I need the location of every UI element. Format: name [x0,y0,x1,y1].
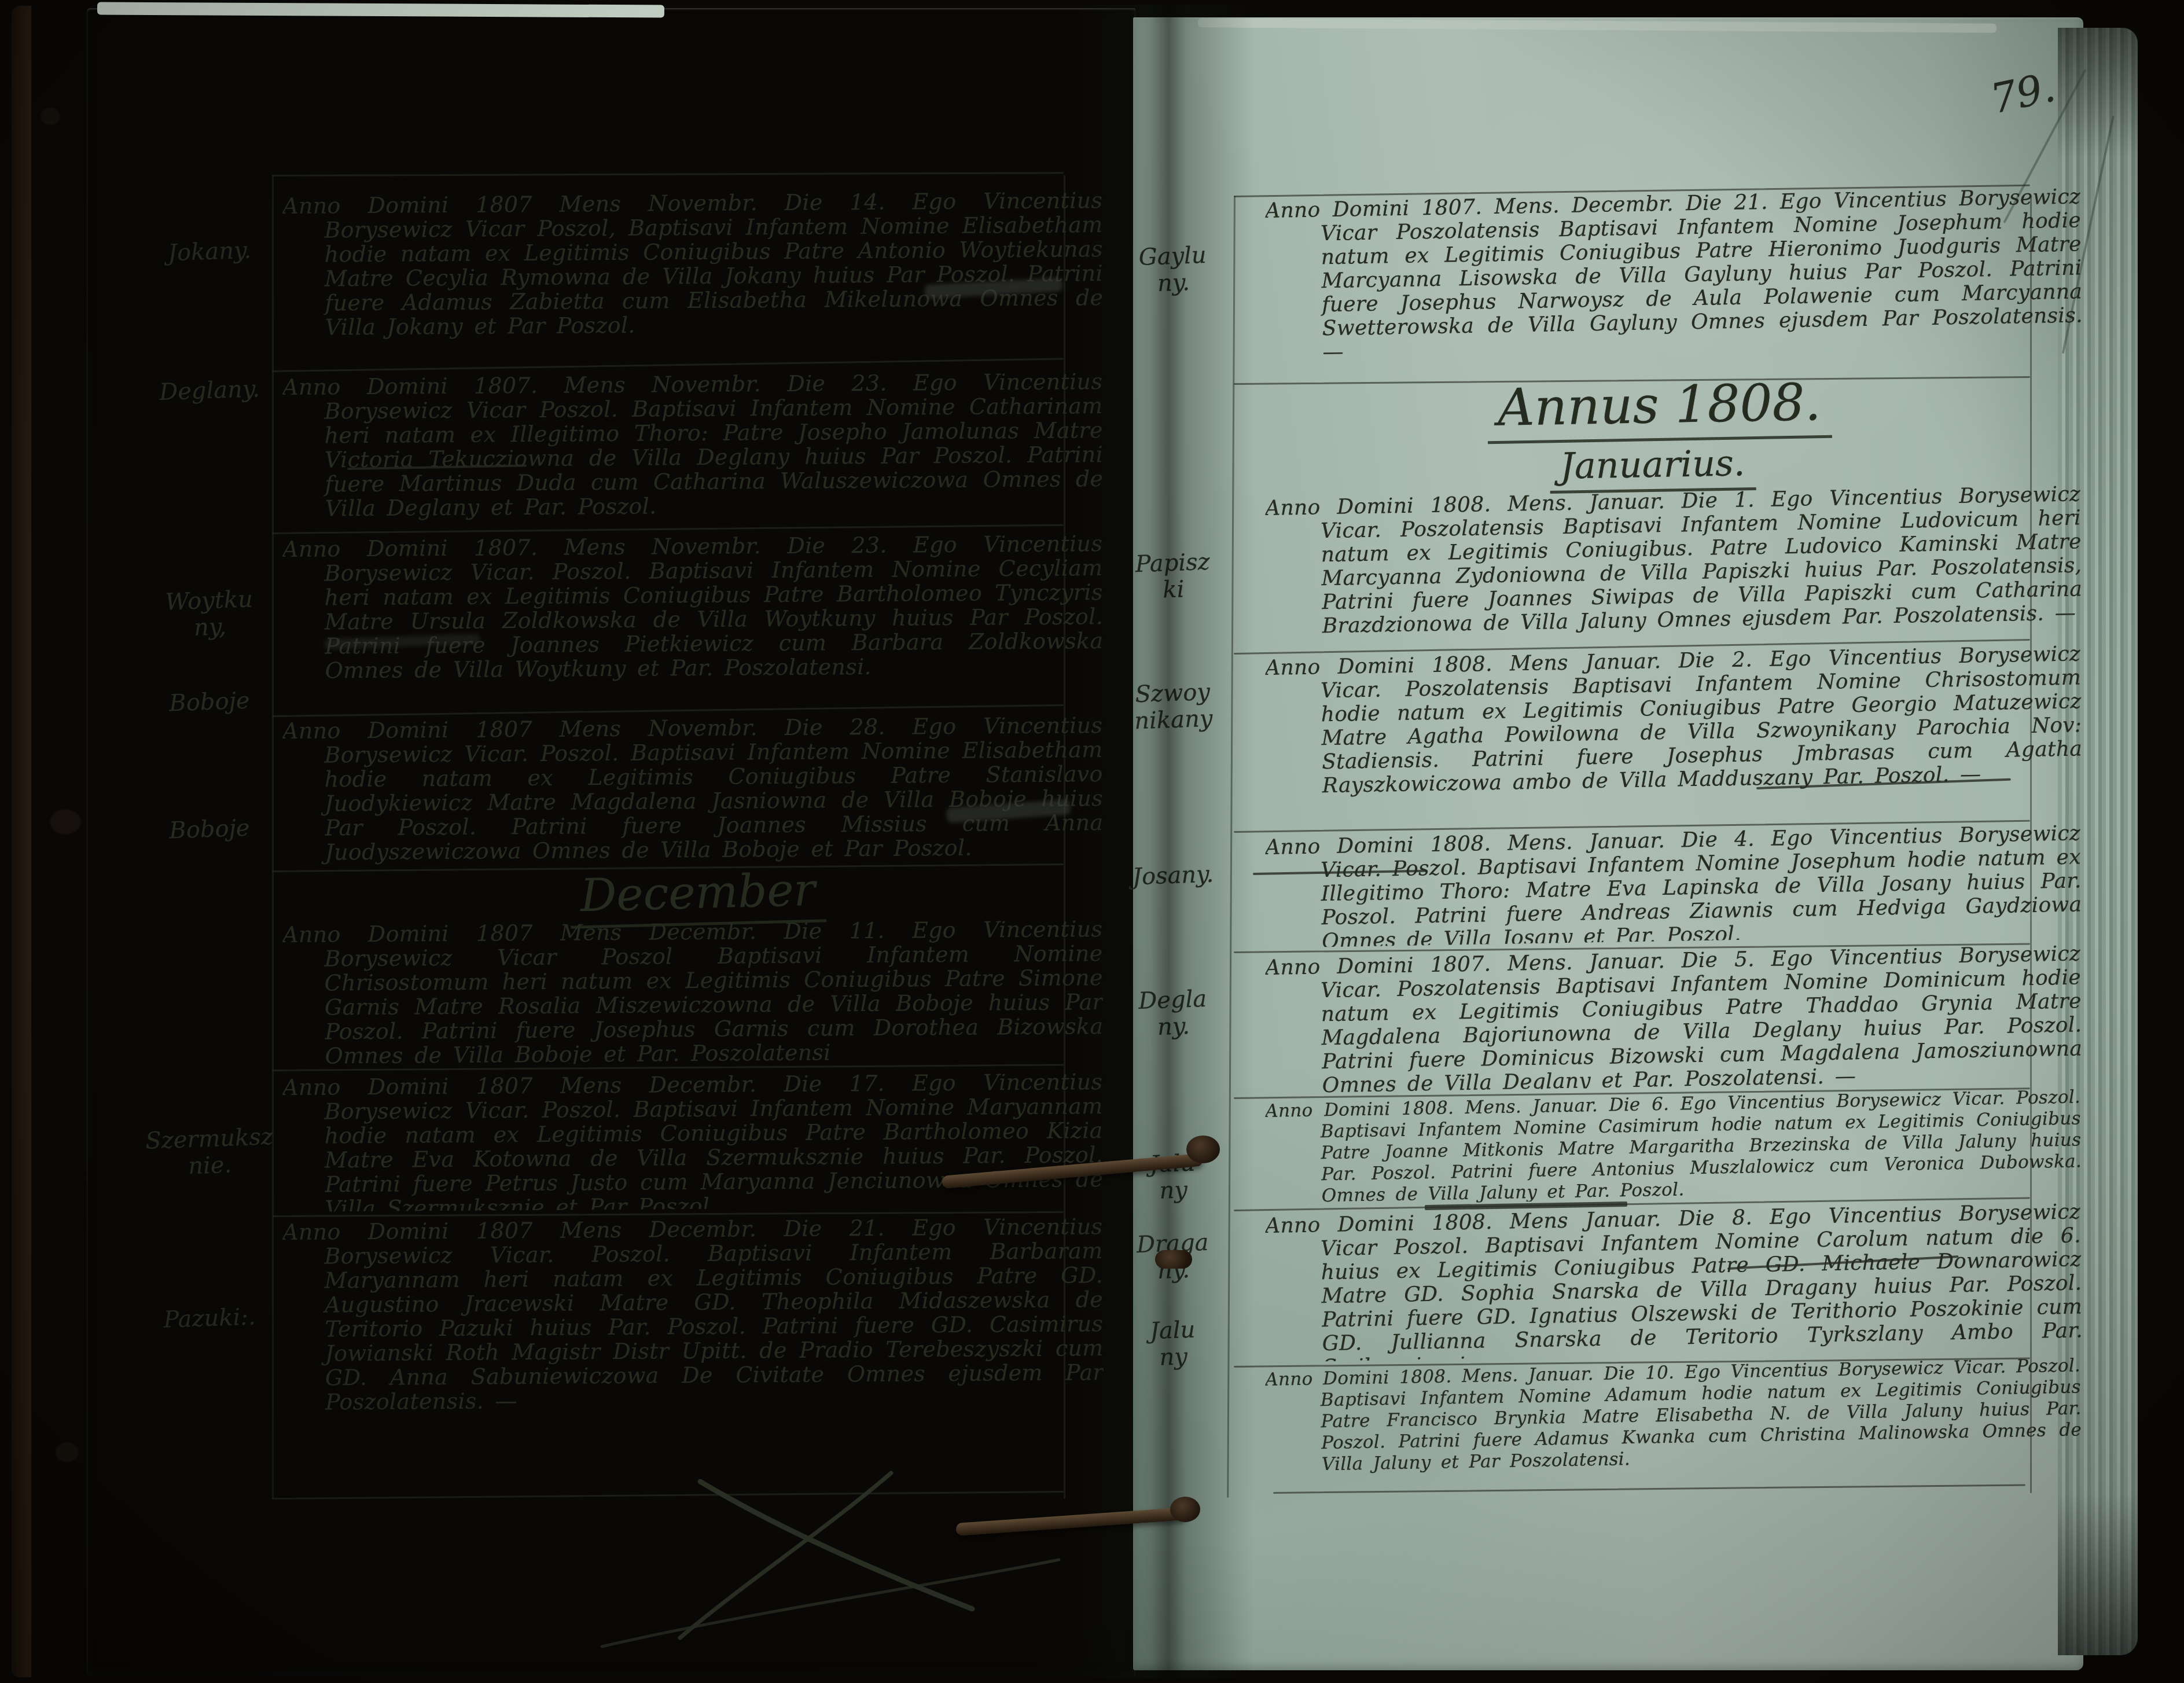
margin-place-label: Szermuksz nie. [145,1123,274,1181]
baptism-entry: Anno Domini 1808. Mens. Januar. Die 6. E… [1265,1086,2082,1206]
margin-place-label: Deglany. [145,375,273,406]
baptism-entry: Anno Domini 1807. Mens. Decembr. Die 21.… [1265,185,2083,380]
baptism-entry: Anno Domini 1807 Mens Decembr. Die 21. E… [282,1214,1104,1479]
edge-stain [56,1442,79,1462]
baptism-entry: Anno Domini 1807 Mens Novembr. Die 14. E… [282,188,1104,366]
ink-flourish [567,1464,1088,1661]
margin-place-label: Josany. [1117,861,1228,891]
binding-thread-knot [1186,1136,1220,1163]
baptism-entry: Anno Domini 1807 Mens Decembr. Die 17. E… [282,1070,1104,1212]
baptism-entry: Anno Domini 1807. Mens Novembr. Die 23. … [282,531,1104,712]
margin-place-label: Jokany. [145,236,273,267]
edge-stain [41,108,60,125]
baptism-entry: Anno Domini 1808. Mens. Januar. Die 4. E… [1265,821,2082,948]
baptism-entry: Anno Domini 1808. Mens Januar. Die 8. Eg… [1265,1200,2083,1362]
binding-thread-knot [1170,1497,1200,1522]
margin-place-label: Boboje [145,814,273,845]
baptism-entry: Anno Domini 1807. Mens. Januar. Die 5. E… [1265,942,2083,1094]
margin-place-label: Gaylu ny. [1117,241,1229,299]
edge-stain [50,809,81,835]
margin-place-label: Szwoy nikany [1117,678,1229,736]
margin-place-label: Papisz ki [1117,548,1229,605]
margin-place-label: Boboje [145,686,273,718]
month-header-january: Januarius. [1549,442,1756,494]
baptism-entry: Anno Domini 1808. Mens. Januar. Die 10. … [1265,1355,2082,1485]
baptism-entry: Anno Domini 1807 Mens Decembr. Die 11. E… [282,917,1104,1066]
scanned-register-spread: 79. Jokany. Deglany. Woytku ny, Boboje B… [0,0,2184,1683]
baptism-entry: Anno Domini 1808. Mens Januar. Die 2. Eg… [1265,642,2083,828]
margin-place-label: Woytku ny, [145,585,274,643]
margin-place-label: Jalu ny [1117,1315,1229,1373]
margin-place-label: Degla ny. [1117,985,1229,1042]
baptism-entry: Anno Domini 1807. Mens Novembr. Die 23. … [282,369,1104,529]
year-header: Annus 1808. [1487,372,1832,444]
binding-thread-knot [1155,1250,1192,1269]
baptism-entry: Anno Domini 1808. Mens. Januar. Die 1. E… [1265,482,2083,649]
baptism-entry: Anno Domini 1807 Mens Novembr. Die 28. E… [282,713,1104,867]
margin-place-label: Pazuki:. [145,1303,273,1334]
